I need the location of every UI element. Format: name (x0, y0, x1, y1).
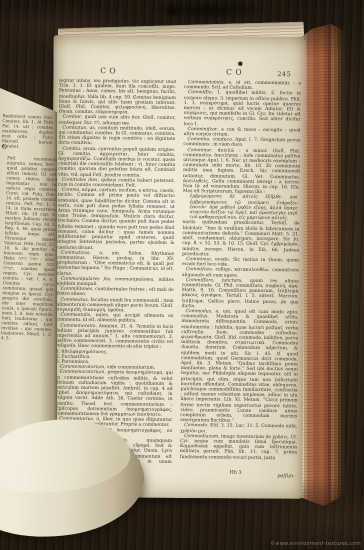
entry-paragraph: Commiſſio, 1. quodlibet militis. 2. fact… (184, 90, 301, 128)
text-columns: legitur infans, ſeu prodigioſus. Sic exp… (55, 79, 302, 474)
page-number: 245 (277, 70, 291, 78)
wood-knot (169, 8, 175, 14)
running-head-left: CO (100, 66, 119, 75)
right-column: Commendabilis, e, id eſt, commendabilis … (180, 80, 301, 473)
signature-mark: Hh 3 (230, 471, 242, 476)
left-page-curled-edge: Rediſolavit comes Itali. Comites, lib. 1… (0, 88, 57, 460)
entry-paragraph: Commaticus, a, um. Sidon. Rhythmus comma… (57, 250, 174, 277)
left-column: legitur infans, ſeu prodigioſus. Sic exp… (55, 79, 176, 472)
left-page-text-fragment: Rediſolavit comes Itali. Comites, lib. 1… (1, 113, 53, 150)
watermark-text: ©www.environment-textures.com (270, 541, 361, 547)
catchword: peſſun- (277, 474, 294, 479)
entry-paragraph: Commemoratio. Ammian. 21. 4. “Armatis in… (56, 323, 173, 350)
entry-paragraph: legitur infans, ſeu prodigioſus. Sic exp… (59, 79, 176, 117)
left-page-text-fragment: Poſt incrementa migratio, comes, heri ; … (0, 155, 58, 457)
entry-paragraph: Commiſſura, junctura, quum res aliqua co… (182, 278, 299, 311)
entry-paragraph: Commeatus, facultas eundi ſeu commeandi … (56, 297, 173, 314)
entry-paragraph: Commemoratorium, proprie ἀπομνημόνευμα, … (55, 370, 173, 418)
entry-paragraph: Comitatus, us, comitum multitudo, ideſt,… (58, 125, 175, 147)
entry-paragraph: Commodus, a, um, quod eſt cum modo apto,… (180, 309, 298, 425)
entry-paragraph: Comma, κόμμα, caeſum, inciſum, a κόπτω, … (57, 188, 175, 252)
signature-line: Hh 3 peſſun- (180, 470, 297, 481)
ink-spot (238, 62, 242, 66)
entry-paragraph: Commodiacum, imago inventarium de χρῆσις… (180, 434, 297, 461)
left-page-running-head-fragment: O (2, 144, 9, 151)
entry-paragraph: Comitia, orum, conventus populi quidem o… (58, 146, 175, 179)
entry-paragraph: nariis quibusdam praedicentur. Tertull. … (182, 221, 299, 259)
running-head-right: CO (226, 68, 245, 77)
greek-quote: ἐμβριμώμενος δὲ αὐτοῖς ἐξῆλθε· καὶ ἐμβρι… (190, 195, 298, 222)
entry-paragraph: Comminor, ἀπειλῶ : a minor. Gloſſ. Phil.… (183, 148, 301, 196)
photo-of-open-book: CO CO 245 legitur infans, ſeu prodigioſu… (0, 0, 364, 550)
